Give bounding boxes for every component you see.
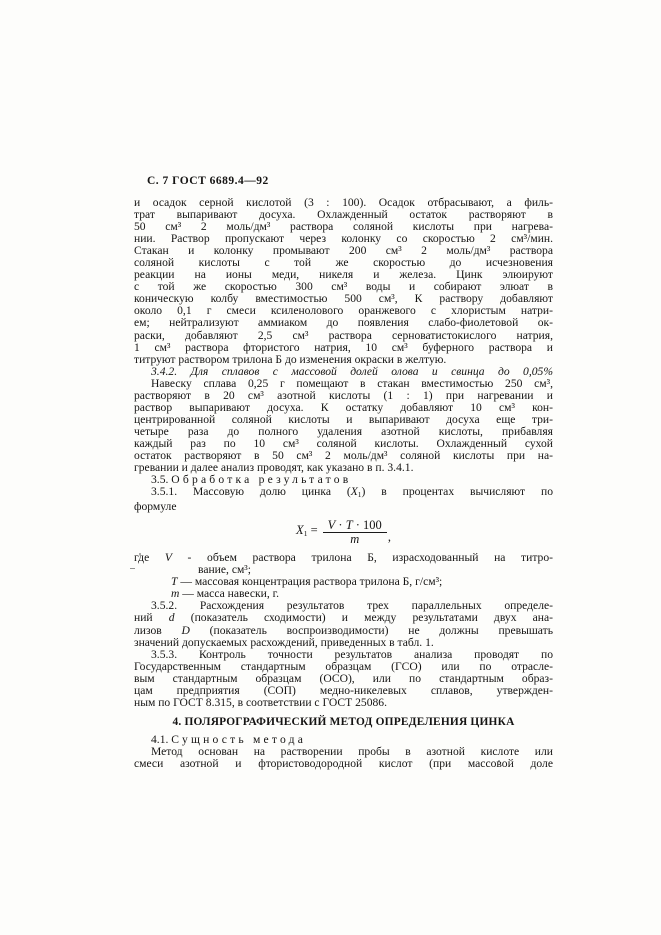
document-page: С. 7 ГОСТ 6689.4—92 и осадок серной кисл… [0,0,661,935]
text-block-where-list: где V - объем раствора трилона Б, израсх… [134,552,553,600]
formula-fraction: V · T · 100 m [323,519,387,545]
document-body: и осадок серной кислотой (3 : 100). Осад… [134,197,553,770]
scan-artifact-dot [139,553,141,555]
scan-artifact-dash [130,568,135,569]
text-block-lower: 4.1. Сущность методаМетод основан на рас… [134,734,553,770]
formula-denominator: m [323,533,387,545]
text-line: смеси азотной и фтористоводородной кисло… [134,758,553,770]
text-block-upper: и осадок серной кислотой (3 : 100). Осад… [134,197,553,513]
formula-trailing-comma: , [388,531,391,543]
formula-lhs: X1 = [296,524,318,540]
formula: X1 = V · T · 100 m , [134,517,553,547]
section-4-heading: 4. ПОЛЯРОГРАФИЧЕСКИЙ МЕТОД ОПРЕДЕЛЕНИЯ Ц… [134,716,553,728]
page-header: С. 7 ГОСТ 6689.4—92 [147,175,269,187]
text-block-middle: 3.5.2. Расхождения результатов трех пара… [134,600,553,708]
text-line: 3.5.1. Массовую долю цинка (X1) в процен… [134,486,553,501]
text-line: ным по ГОСТ 8.315, в соответствии с ГОСТ… [134,697,553,709]
text-line: формуле [134,501,553,513]
scan-artifact-dot [498,760,500,762]
formula-numerator: V · T · 100 [323,519,387,533]
text-line: где V - объем раствора трилона Б, израсх… [134,552,553,564]
